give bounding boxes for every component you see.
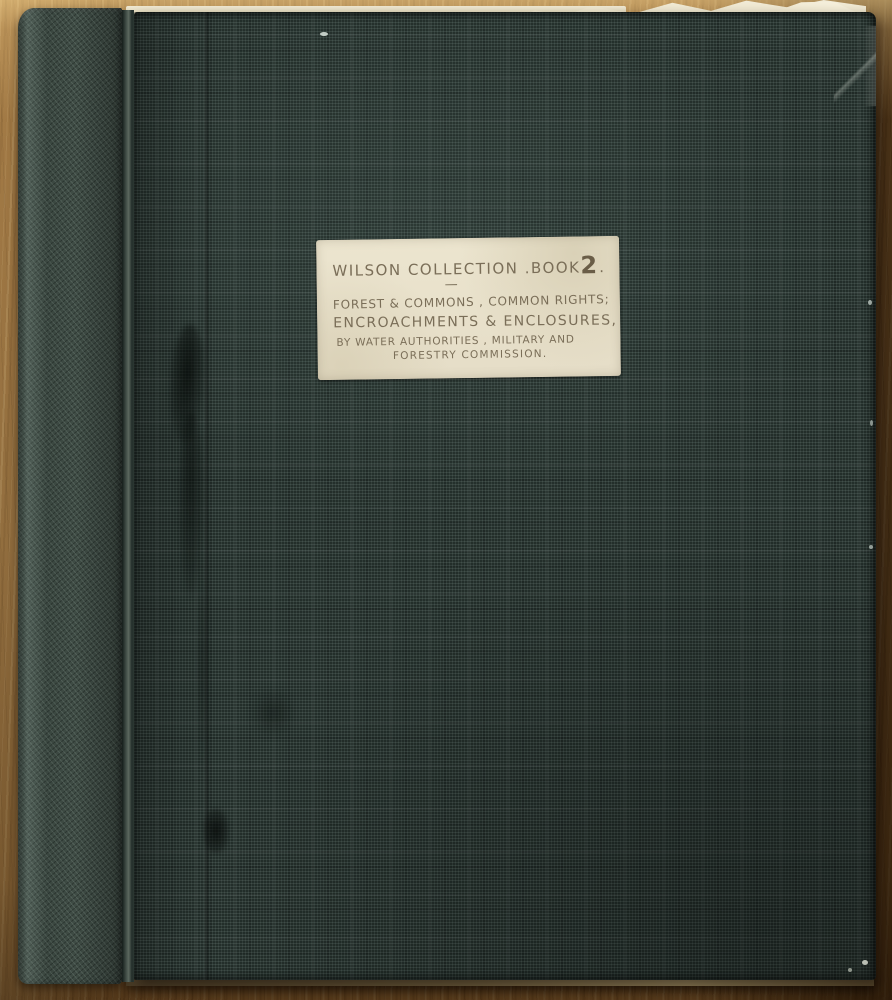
white-scuff-top <box>320 32 328 36</box>
book-spine <box>18 8 122 984</box>
spine-hinge-groove <box>122 10 134 982</box>
label-title-period: . <box>599 258 606 276</box>
edge-wear-speck <box>870 420 873 426</box>
label-subject-line-3: BY WATER AUTHORITIES , MILITARY AND <box>333 333 606 349</box>
label-book-number: 2 <box>580 251 597 279</box>
ink-stain-streak-lower <box>178 412 204 597</box>
edge-wear-speck <box>868 300 872 305</box>
label-title-text: WILSON COLLECTION . <box>332 259 531 280</box>
archive-book: WILSON COLLECTION . BOOK 2 . — FOREST & … <box>14 6 876 988</box>
corner-wear-speck <box>862 960 868 965</box>
label-subject-line-2: ENCROACHMENTS & ENCLOSURES, <box>333 313 606 332</box>
ink-stain-streak-upper <box>167 323 207 445</box>
edge-wear-speck <box>869 545 873 549</box>
corner-wear-speck <box>848 968 852 972</box>
cover-label: WILSON COLLECTION . BOOK 2 . — FOREST & … <box>316 236 621 380</box>
label-book-word: BOOK <box>531 258 581 277</box>
corner-wear-top-right <box>834 26 876 106</box>
faint-smudge <box>250 688 296 738</box>
label-subject-line-1: FOREST & COMMONS , COMMON RIGHTS; <box>333 292 606 312</box>
front-cover: WILSON COLLECTION . BOOK 2 . — FOREST & … <box>134 12 876 980</box>
cover-board-edge-ridge <box>204 12 210 980</box>
photograph: WILSON COLLECTION . BOOK 2 . — FOREST & … <box>0 0 892 1000</box>
label-subject-line-4: FORESTRY COMMISSION. <box>334 347 607 363</box>
